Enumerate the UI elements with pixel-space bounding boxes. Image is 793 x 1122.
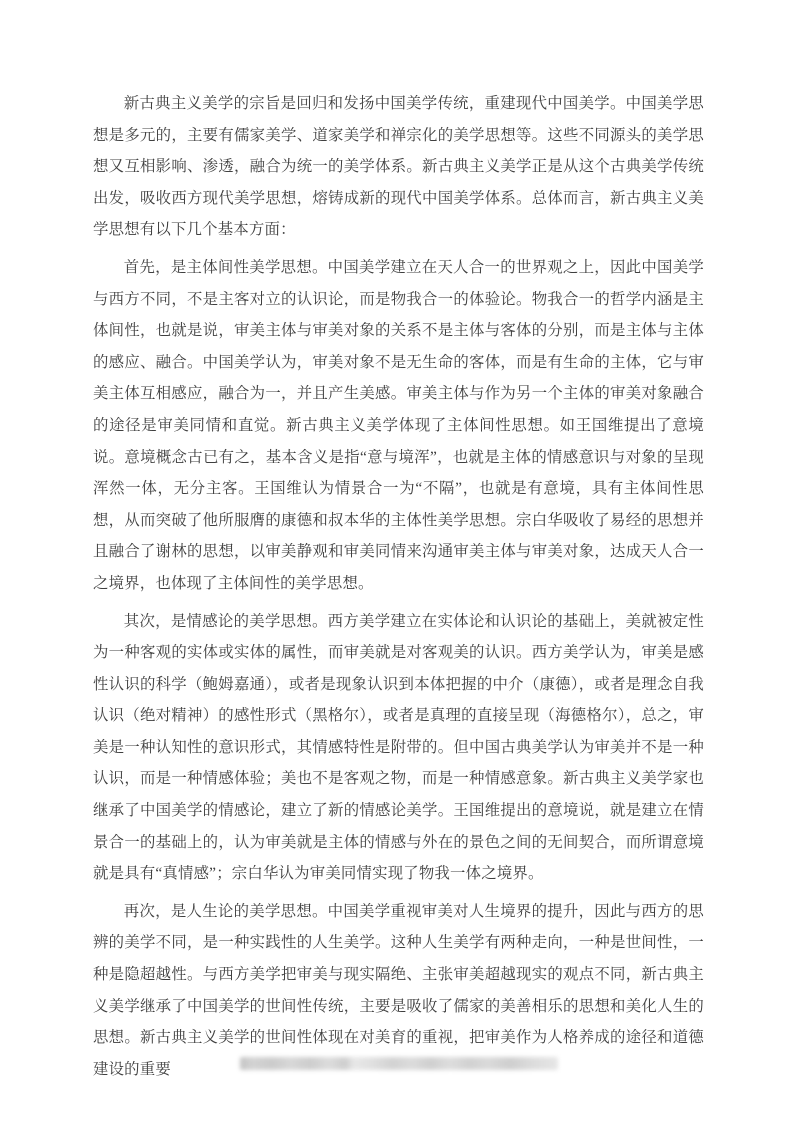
paragraph-emotion-theory: 其次，是情感论的美学思想。西方美学建立在实体论和认识论的基础上，美就被定性为一种…	[93, 606, 704, 890]
paragraph-intersubjectivity: 首先，是主体间性美学思想。中国美学建立在天人合一的世界观之上，因此中国美学与西方…	[93, 252, 704, 600]
paragraph-intro: 新古典主义美学的宗旨是回归和发扬中国美学传统，重建现代中国美学。中国美学思想是多…	[93, 88, 704, 246]
document-content: 新古典主义美学的宗旨是回归和发扬中国美学传统，重建现代中国美学。中国美学思想是多…	[93, 88, 704, 1091]
watermark-smudge	[240, 1057, 558, 1070]
document-page: 新古典主义美学的宗旨是回归和发扬中国美学传统，重建现代中国美学。中国美学思想是多…	[0, 0, 793, 1122]
